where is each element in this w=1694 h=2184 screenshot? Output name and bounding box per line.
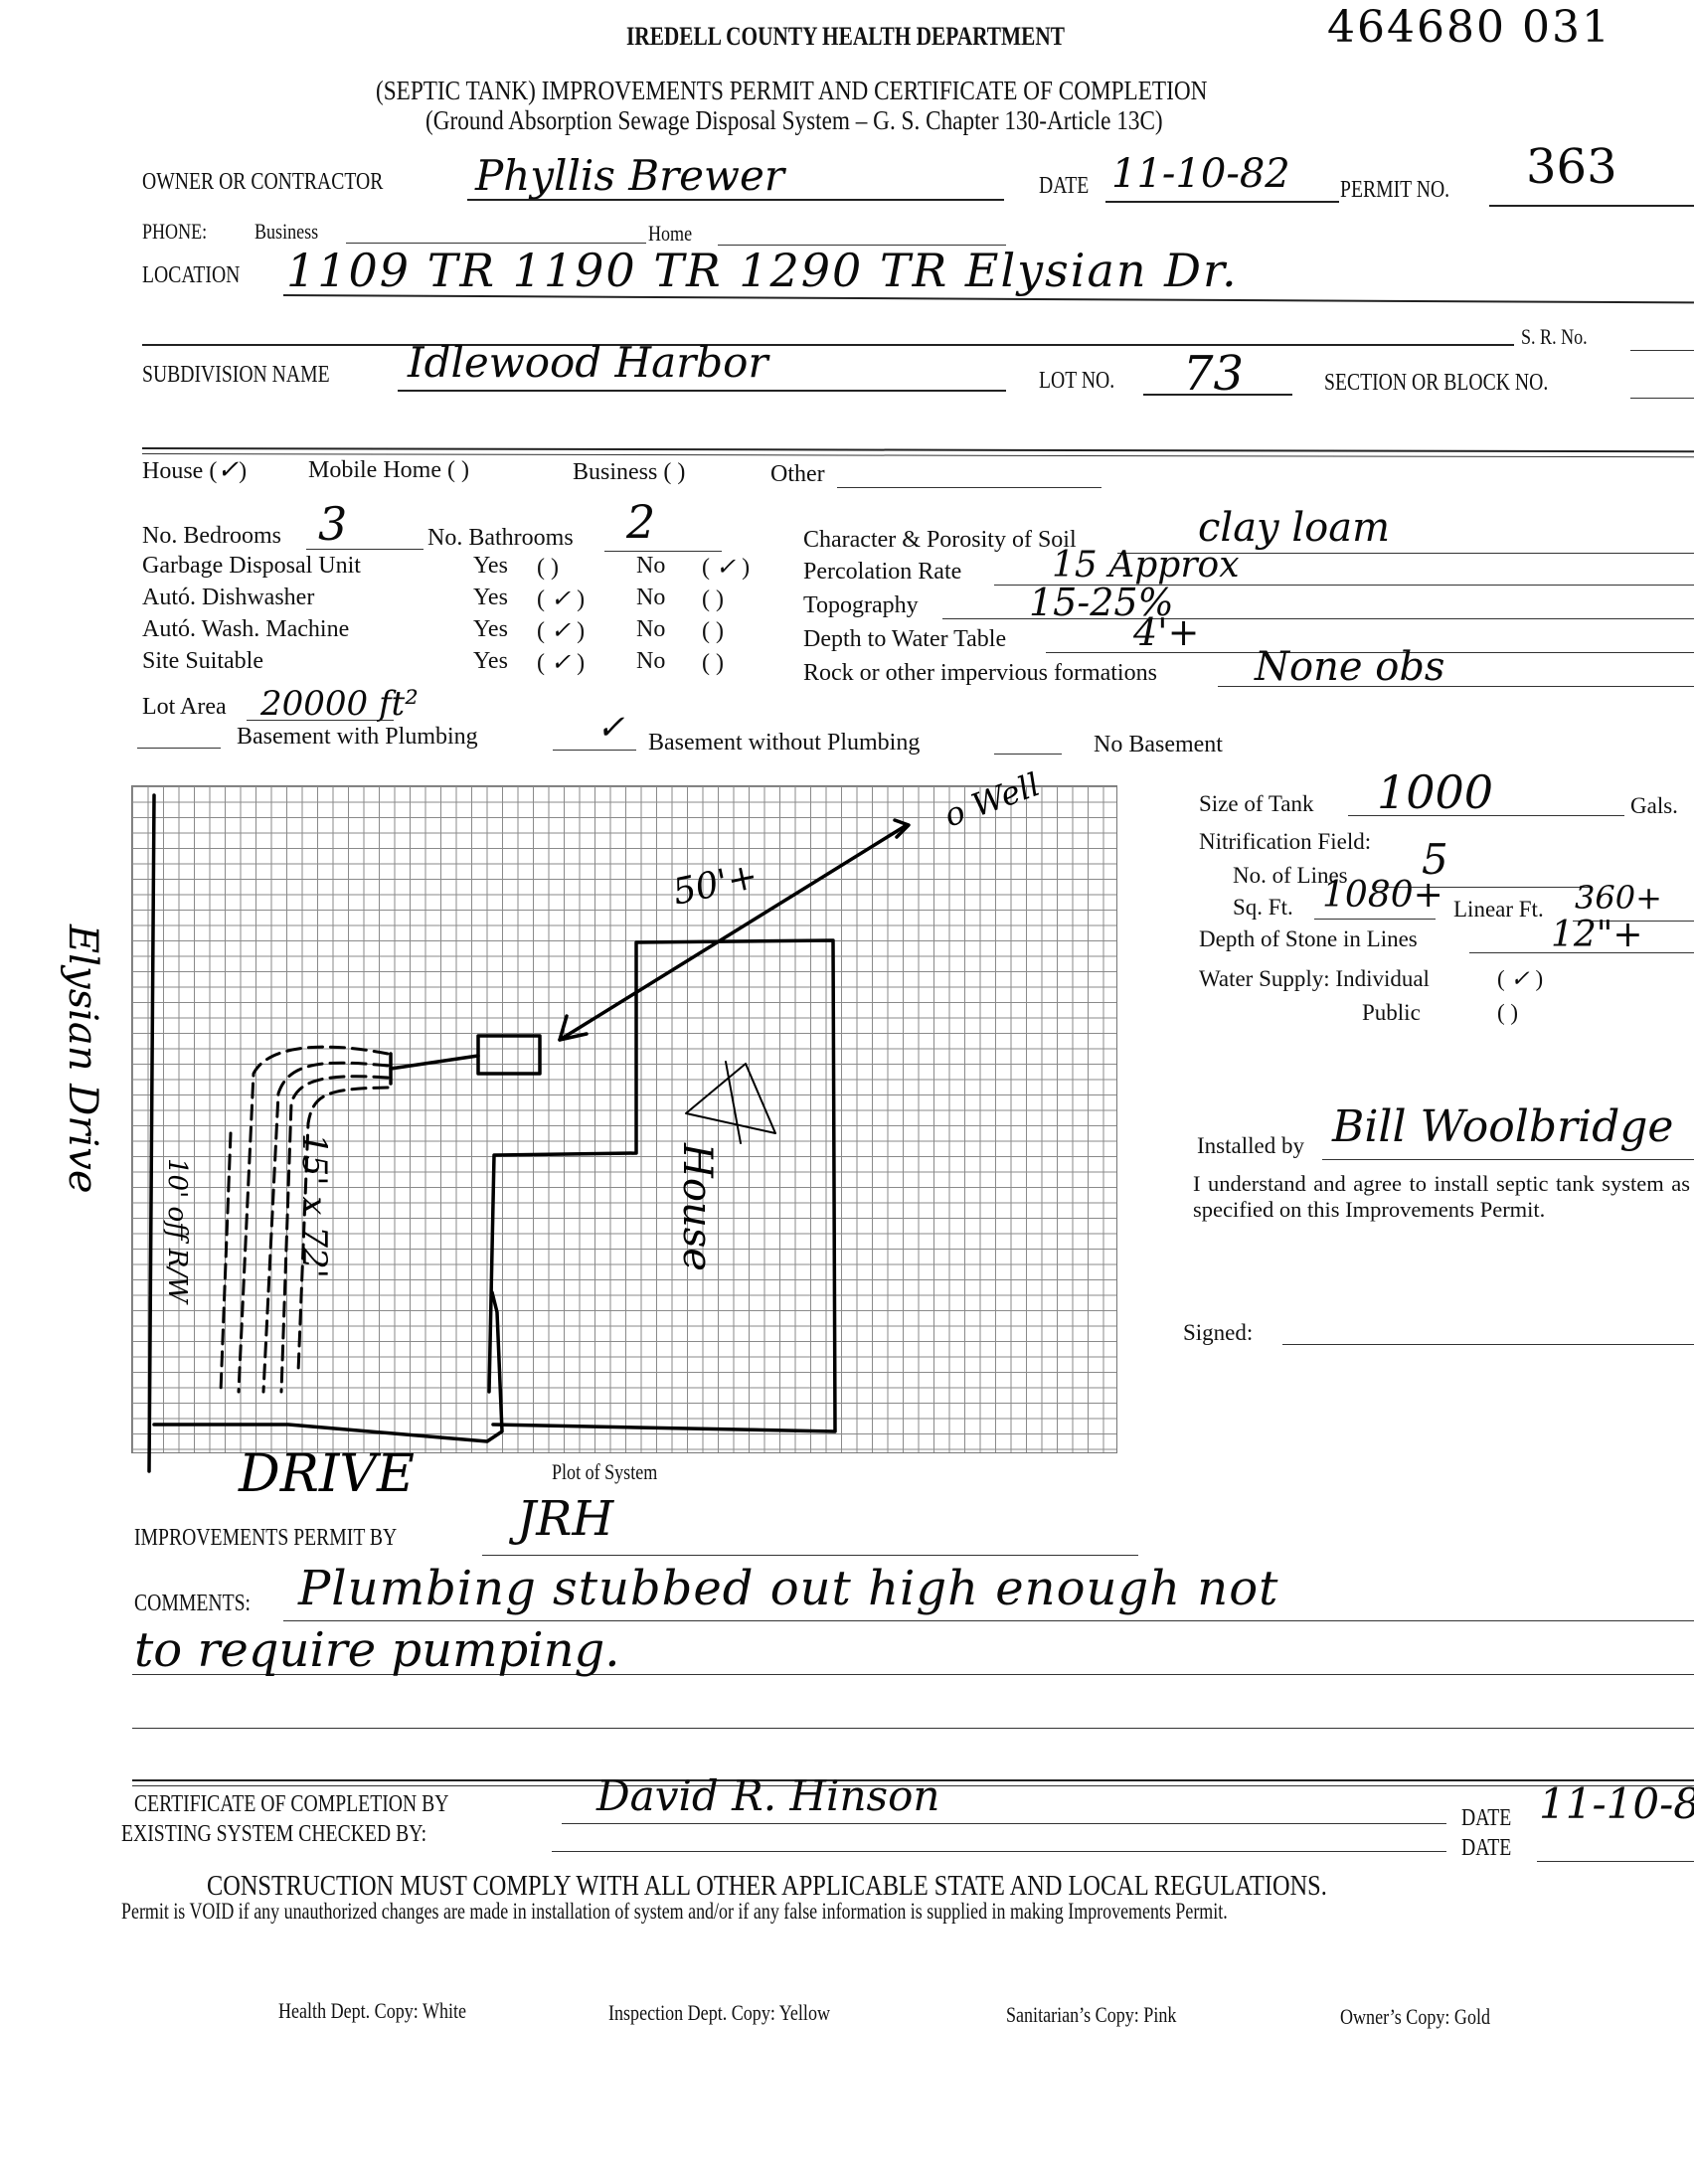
copy-sanitarian: Sanitarian’s Copy: Pink (1006, 2002, 1214, 2028)
stone-depth-label: Depth of Stone in Lines (1199, 926, 1418, 952)
section-block-label: SECTION OR BLOCK NO. (1324, 370, 1598, 397)
bathrooms-label: No. Bathrooms (427, 525, 574, 552)
facility-yes-label: Yes (473, 648, 508, 675)
basement-without-mark[interactable]: ✓ (596, 708, 625, 748)
plot-of-system-grid (131, 785, 1117, 1453)
facility-no-label: No (636, 648, 665, 675)
mobile-home-option[interactable]: Mobile Home ( ) (308, 457, 469, 484)
date-label: DATE (1039, 173, 1100, 200)
rock-formations-label: Rock or other impervious formations (803, 660, 1157, 687)
certificate-field[interactable]: David R. Hinson (596, 1771, 939, 1820)
water-table-field[interactable]: 4'+ (1133, 610, 1199, 654)
comments-label: COMMENTS: (134, 1591, 276, 1617)
sr-no-label: S. R. No. (1521, 324, 1602, 350)
form-subtitle: (Ground Absorption Sewage Disposal Syste… (425, 105, 1282, 136)
water-table-label: Depth to Water Table (803, 626, 1006, 653)
percolation-field[interactable]: 15 Approx (1052, 545, 1240, 586)
existing-date-label: DATE (1461, 1835, 1522, 1862)
permit-by-field[interactable]: JRH (517, 1491, 613, 1547)
void-notice: Permit is VOID if any unauthorized chang… (121, 1899, 1595, 1924)
bedrooms-label: No. Bedrooms (142, 523, 281, 550)
facility-no-label: No (636, 616, 665, 643)
plot-caption: Plot of System (552, 1459, 681, 1485)
stone-depth-field[interactable]: 12"+ (1551, 915, 1643, 955)
house-check-icon: ✓ (217, 455, 239, 485)
facility-no-label: No (636, 553, 665, 580)
lot-area-label: Lot Area (142, 694, 227, 721)
rock-formations-field[interactable]: None obs (1255, 644, 1444, 690)
subdivision-field[interactable]: Idlewood Harbor (408, 338, 768, 387)
facility-yes-checkbox[interactable]: ( ) (537, 553, 559, 582)
tank-size-label: Size of Tank (1199, 791, 1314, 817)
facility-label: Autó. Dishwasher (142, 585, 314, 611)
sqft-label: Sq. Ft. (1233, 895, 1293, 921)
facility-no-checkbox[interactable]: ( ) (702, 585, 724, 613)
permit-no-label: PERMIT NO. (1340, 177, 1473, 204)
form-title: (SEPTIC TANK) IMPROVEMENTS PERMIT AND CE… (376, 76, 1343, 106)
phone-label: PHONE: (142, 219, 221, 245)
installed-by-field[interactable]: Bill Woolbridge (1332, 1101, 1673, 1152)
public-checkbox[interactable]: ( ) (1497, 1000, 1518, 1026)
facility-yes-label: Yes (473, 553, 508, 580)
copy-health-dept: Health Dept. Copy: White (278, 1998, 508, 2024)
comments-line-1[interactable]: Plumbing stubbed out high enough not (298, 1561, 1278, 1616)
subdivision-label: SUBDIVISION NAME (142, 362, 371, 389)
business-phone-label: Business (254, 219, 332, 245)
copy-inspection-dept: Inspection Dept. Copy: Yellow (608, 2000, 879, 2026)
facility-yes-label: Yes (473, 585, 508, 611)
topography-label: Topography (803, 592, 919, 619)
other-label: Other (770, 461, 825, 488)
document-number: 464680 031 (1327, 2, 1611, 53)
percolation-label: Percolation Rate (803, 559, 961, 586)
water-supply-label: Water Supply: Individual (1199, 966, 1430, 992)
linear-ft-field[interactable]: 360+ (1575, 879, 1662, 917)
department-title: IREDELL COUNTY HEALTH DEPARTMENT (626, 22, 1161, 52)
facility-label: Autó. Wash. Machine (142, 616, 349, 643)
lot-no-label: LOT NO. (1039, 368, 1131, 395)
facility-yes-checkbox[interactable]: ( ✓ ) (537, 616, 585, 645)
lot-no-field[interactable]: 73 (1183, 346, 1244, 402)
certificate-date-field[interactable]: 11-10-82 (1539, 1779, 1694, 1828)
installed-by-label: Installed by (1197, 1133, 1304, 1159)
sqft-field[interactable]: 1080+ (1322, 875, 1443, 916)
signed-label: Signed: (1183, 1320, 1253, 1346)
soil-character-label: Character & Porosity of Soil (803, 527, 1077, 554)
individual-checkbox[interactable]: ( ✓ ) (1497, 966, 1543, 992)
owner-label: OWNER OR CONTRACTOR (142, 169, 436, 196)
bedrooms-field[interactable]: 3 (318, 497, 347, 551)
facility-label: Site Suitable (142, 648, 263, 675)
facility-yes-checkbox[interactable]: ( ✓ ) (537, 585, 585, 613)
location-label: LOCATION (142, 262, 261, 289)
permit-no-field[interactable]: 363 (1526, 139, 1617, 195)
business-option[interactable]: Business ( ) (573, 459, 685, 486)
date-field[interactable]: 11-10-82 (1111, 151, 1290, 197)
location-field[interactable]: 1109 TR 1190 TR 1290 TR Elysian Dr. (286, 244, 1239, 297)
public-label: Public (1362, 1000, 1421, 1026)
existing-system-label: EXISTING SYSTEM CHECKED BY: (121, 1821, 493, 1848)
nitrification-label: Nitrification Field: (1199, 829, 1371, 855)
basement-without-label: Basement without Plumbing (648, 730, 920, 756)
permit-by-label: IMPROVEMENTS PERMIT BY (134, 1525, 454, 1552)
graph-paper (131, 785, 1117, 1453)
facility-yes-label: Yes (473, 616, 508, 643)
installer-agreement-text: I understand and agree to install septic… (1193, 1171, 1690, 1223)
lot-area-field[interactable]: 20000 ft² (260, 684, 419, 724)
owner-field[interactable]: Phyllis Brewer (475, 151, 784, 200)
no-basement-label: No Basement (1094, 732, 1223, 758)
copy-owner: Owner’s Copy: Gold (1340, 2004, 1523, 2030)
gals-label: Gals. (1630, 793, 1678, 819)
house-option[interactable]: House (✓) (142, 455, 247, 485)
certificate-date-label: DATE (1461, 1805, 1522, 1832)
facility-no-checkbox[interactable]: ( ) (702, 616, 724, 645)
facility-no-label: No (636, 585, 665, 611)
linear-ft-label: Linear Ft. (1453, 897, 1544, 923)
facility-yes-checkbox[interactable]: ( ✓ ) (537, 648, 585, 677)
tank-size-field[interactable]: 1000 (1377, 765, 1493, 819)
basement-with-label: Basement with Plumbing (237, 724, 478, 751)
road-bottom-label: DRIVE (238, 1444, 415, 1504)
facility-label: Garbage Disposal Unit (142, 553, 361, 580)
bathrooms-field[interactable]: 2 (626, 495, 655, 549)
facility-no-checkbox[interactable]: ( ✓ ) (702, 553, 750, 582)
facility-no-checkbox[interactable]: ( ) (702, 648, 724, 677)
comments-line-2[interactable]: to require pumping. (134, 1622, 620, 1678)
certificate-label: CERTIFICATE OF COMPLETION BY (134, 1791, 518, 1818)
road-left-label: Elysian Drive (60, 924, 105, 1194)
